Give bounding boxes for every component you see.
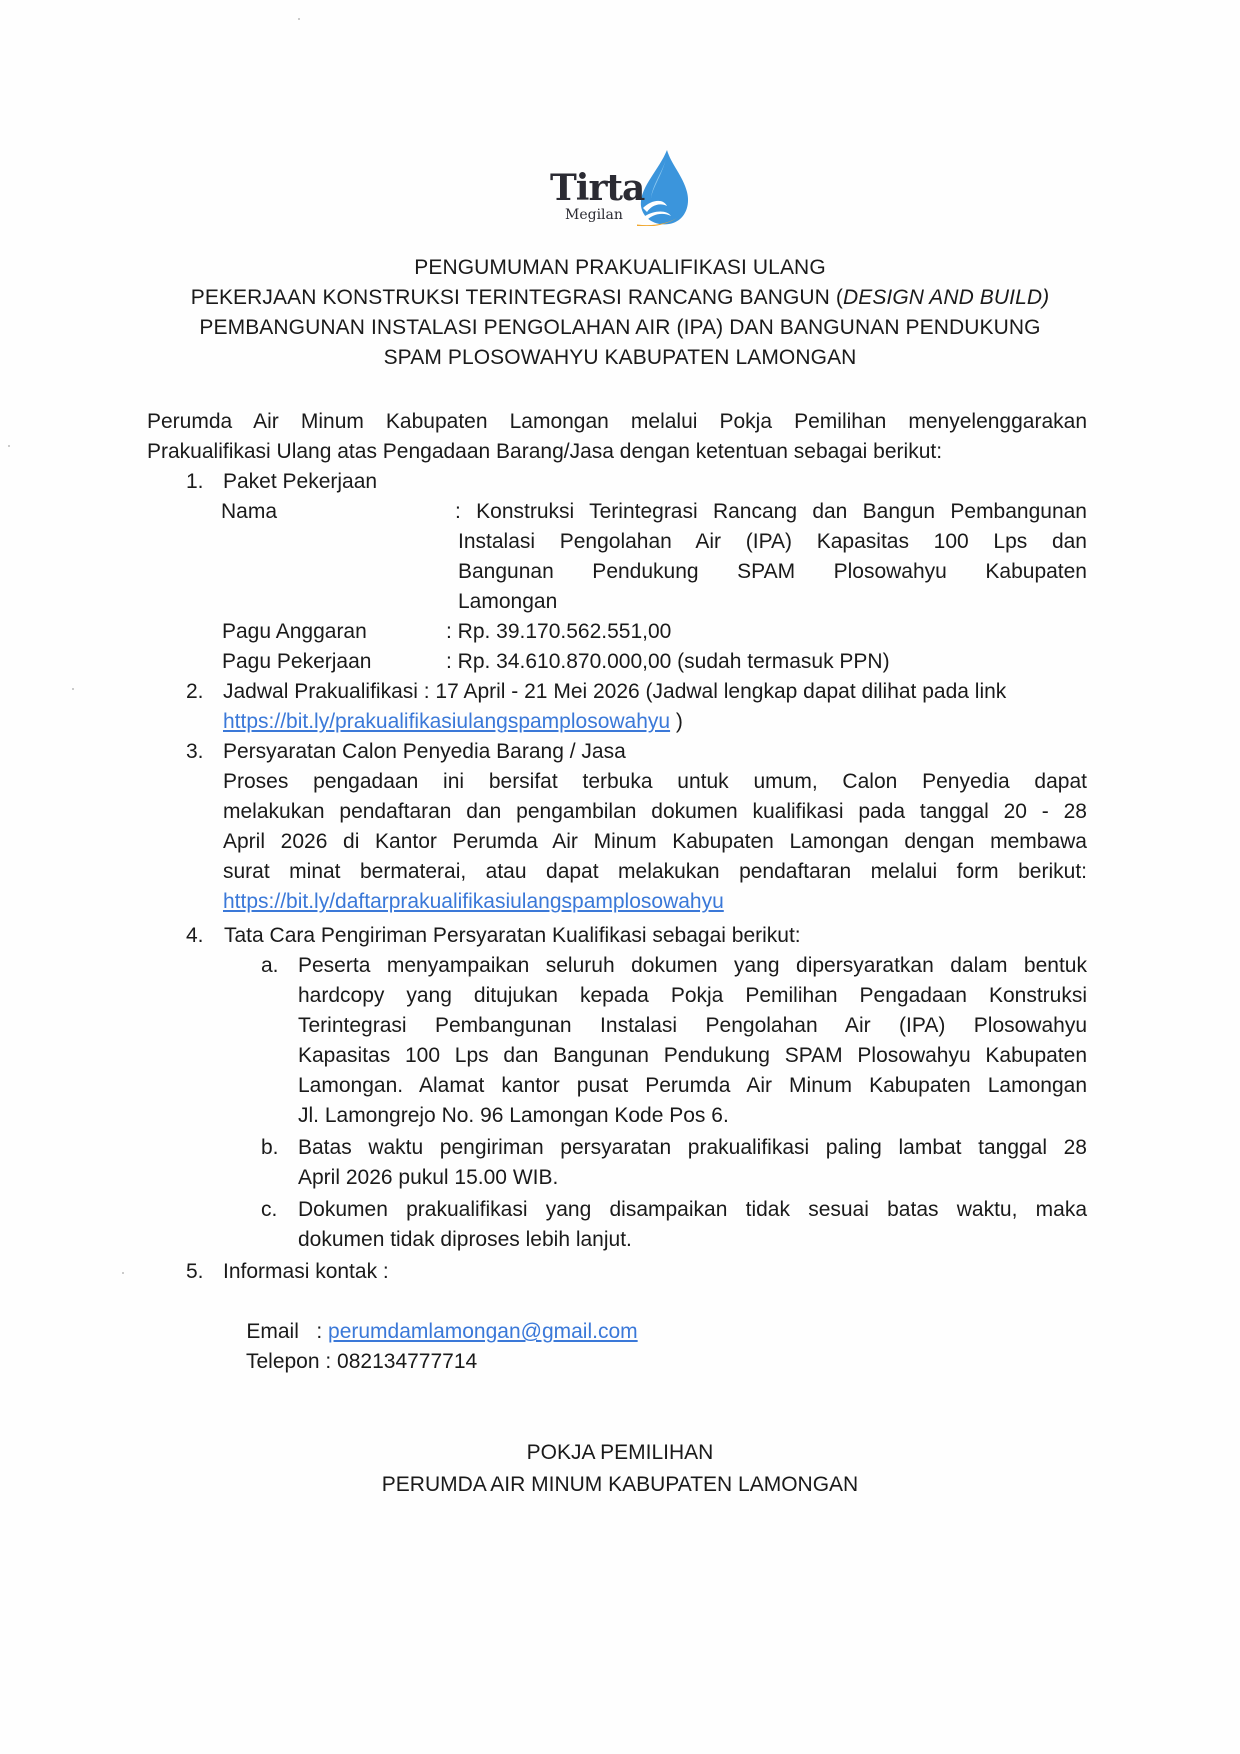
schedule-text: Jadwal Prakualifikasi : 17 April - 21 Me…	[223, 677, 1006, 707]
subtitle-italic: DESIGN AND BUILD)	[843, 286, 1049, 309]
tirta-megilan-logo: Tirta Megilan	[545, 148, 695, 228]
field-label-pagu-anggaran: Pagu Anggaran	[222, 617, 367, 647]
logo-wordmark: Tirta	[550, 170, 644, 206]
sub-item-line: dokumen tidak diproses lebih lanjut.	[298, 1225, 632, 1255]
intro-paragraph-line: Perumda Air Minum Kabupaten Lamongan mel…	[147, 407, 1087, 437]
list-number: 4.	[186, 921, 204, 951]
list-number: 1.	[186, 467, 204, 497]
item-title: Persyaratan Calon Penyedia Barang / Jasa	[223, 737, 626, 767]
field-value-nama: : Konstruksi Terintegrasi Rancang dan Ba…	[455, 497, 1087, 527]
requirements-paragraph-line: surat minat bermaterai, atau dapat melak…	[223, 857, 1087, 887]
sub-item-line: Terintegrasi Pembangunan Instalasi Pengo…	[298, 1011, 1087, 1041]
sub-item-line: Lamongan. Alamat kantor pusat Perumda Ai…	[298, 1071, 1087, 1101]
signatory-committee: POKJA PEMILIHAN	[0, 1437, 1240, 1469]
registration-form-link[interactable]: https://bit.ly/daftarprakualifikasiulang…	[223, 890, 724, 913]
intro-paragraph-line: Prakualifikasi Ulang atas Pengadaan Bara…	[147, 437, 942, 467]
field-value-nama: Lamongan	[458, 587, 557, 617]
scan-speck	[72, 688, 74, 690]
subtitle-text: PEKERJAAN KONSTRUKSI TERINTEGRASI RANCAN…	[191, 286, 843, 309]
link-suffix: )	[670, 710, 683, 733]
list-number: 5.	[186, 1257, 204, 1287]
sub-item-line: Peserta menyampaikan seluruh dokumen yan…	[298, 951, 1087, 981]
scan-speck	[122, 1272, 124, 1274]
item-title: Informasi kontak :	[223, 1257, 389, 1287]
sub-item-line: April 2026 pukul 15.00 WIB.	[298, 1163, 558, 1193]
field-label-nama: Nama	[221, 497, 277, 527]
phone-number: 082134777714	[337, 1350, 477, 1373]
sub-list-letter: c.	[261, 1195, 277, 1225]
field-label-pagu-pekerjaan: Pagu Pekerjaan	[222, 647, 371, 677]
phone-label: Telepon :	[246, 1350, 337, 1373]
schedule-link[interactable]: https://bit.ly/prakualifikasiulangspampl…	[223, 710, 670, 733]
registration-link-line: https://bit.ly/daftarprakualifikasiulang…	[223, 887, 724, 917]
field-value-nama: Instalasi Pengolahan Air (IPA) Kapasitas…	[458, 527, 1087, 557]
announcement-subtitle-line: SPAM PLOSOWAHYU KABUPATEN LAMONGAN	[0, 343, 1240, 373]
document-page: Tirta Megilan PENGUMUMAN PRAKUALIFIKASI …	[0, 0, 1240, 1754]
sub-list-letter: a.	[261, 951, 279, 981]
item-title: Paket Pekerjaan	[223, 467, 377, 497]
item-title: Tata Cara Pengiriman Persyaratan Kualifi…	[224, 921, 801, 951]
requirements-paragraph-line: Proses pengadaan ini bersifat terbuka un…	[223, 767, 1087, 797]
field-value-pagu-anggaran: : Rp. 39.170.562.551,00	[446, 617, 671, 647]
logo-subtitle: Megilan	[565, 208, 623, 222]
sub-item-line: hardcopy yang ditujukan kepada Pokja Pem…	[298, 981, 1087, 1011]
signatory-organization: PERUMDA AIR MINUM KABUPATEN LAMONGAN	[0, 1469, 1240, 1501]
sub-item-line: Jl. Lamongrejo No. 96 Lamongan Kode Pos …	[298, 1101, 729, 1131]
field-value-pagu-pekerjaan: : Rp. 34.610.870.000,00 (sudah termasuk …	[446, 647, 890, 677]
announcement-title: PENGUMUMAN PRAKUALIFIKASI ULANG	[0, 253, 1240, 283]
scan-speck	[8, 445, 10, 447]
announcement-subtitle-line: PEKERJAAN KONSTRUKSI TERINTEGRASI RANCAN…	[0, 283, 1240, 313]
schedule-link-line: https://bit.ly/prakualifikasiulangspampl…	[223, 707, 683, 737]
water-drop-icon	[637, 150, 689, 226]
sub-item-line: Kapasitas 100 Lps dan Bangunan Pendukung…	[298, 1041, 1087, 1071]
requirements-paragraph-line: April 2026 di Kantor Perumda Air Minum K…	[223, 827, 1087, 857]
requirements-paragraph-line: melakukan pendaftaran dan pengambilan do…	[223, 797, 1087, 827]
announcement-subtitle-line: PEMBANGUNAN INSTALASI PENGOLAHAN AIR (IP…	[0, 313, 1240, 343]
sub-list-letter: b.	[261, 1133, 279, 1163]
list-number: 3.	[186, 737, 204, 767]
scan-speck	[298, 18, 300, 20]
contact-phone-line: Telepon : 082134777714	[223, 1317, 477, 1407]
sub-item-line: Dokumen prakualifikasi yang disampaikan …	[298, 1195, 1087, 1225]
list-number: 2.	[186, 677, 204, 707]
sub-item-line: Batas waktu pengiriman persyaratan praku…	[298, 1133, 1087, 1163]
field-value-nama: Bangunan Pendukung SPAM Plosowahyu Kabup…	[458, 557, 1087, 587]
